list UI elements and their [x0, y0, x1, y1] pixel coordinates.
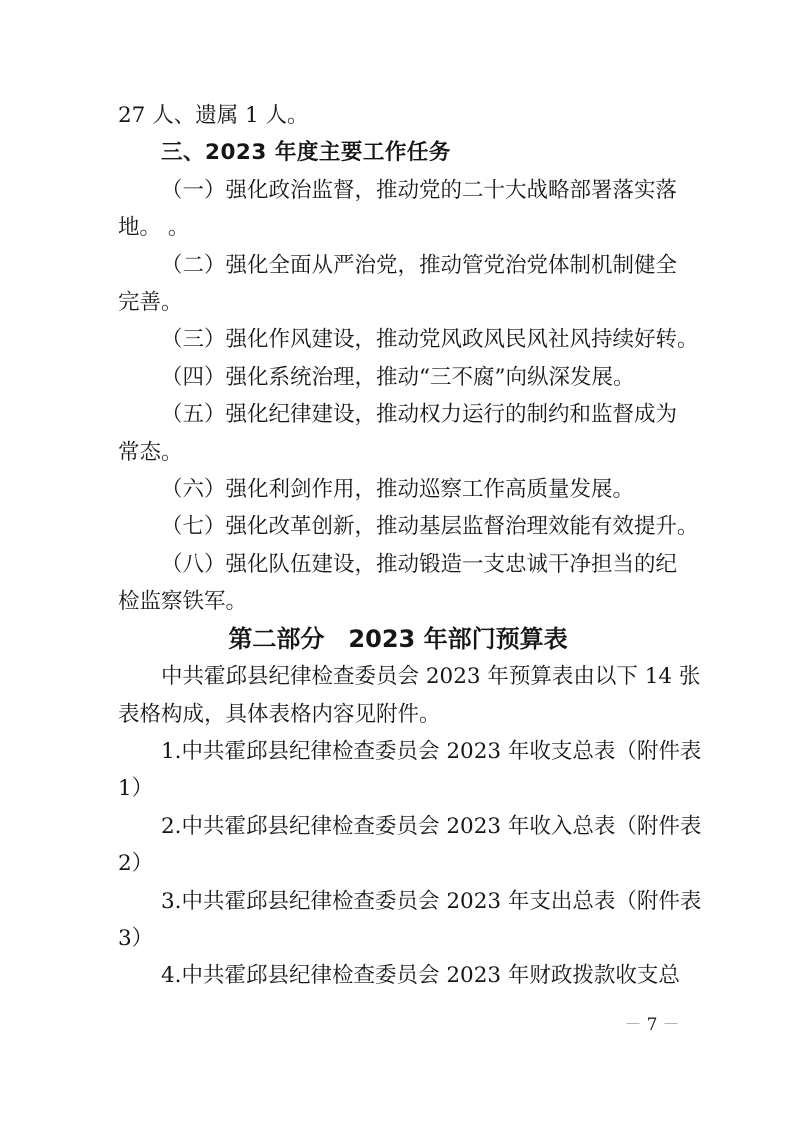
list-item-table-2-line-1: 2.中共霍邱县纪律检查委员会 2023 年收入总表（附件表: [118, 808, 678, 845]
para-task-5-line-2: 常态。: [118, 434, 678, 471]
footer-dash-left: －: [625, 1015, 642, 1035]
list-item-table-2-line-2: 2）: [118, 845, 678, 882]
para-task-1-line-2: 地。 。: [118, 209, 678, 246]
para-budget-intro-line-2: 表格构成，具体表格内容见附件。: [118, 696, 678, 733]
footer-dash-right: －: [662, 1015, 679, 1035]
list-item-table-1-line-2: 1）: [118, 770, 678, 807]
para-task-6: （六）强化利剑作用，推动巡察工作高质量发展。: [118, 471, 678, 508]
para-task-8-line-2: 检监察铁军。: [118, 583, 678, 620]
document-body: 27 人、遗属 1 人。 三、2023 年度主要工作任务 （一）强化政治监督，推…: [118, 97, 678, 995]
para-task-2-line-2: 完善。: [118, 284, 678, 321]
para-task-8-line-1: （八）强化队伍建设，推动锻造一支忠诚干净担当的纪: [118, 546, 678, 583]
document-page: 27 人、遗属 1 人。 三、2023 年度主要工作任务 （一）强化政治监督，推…: [0, 0, 793, 1122]
list-item-table-4-line-1: 4.中共霍邱县纪律检查委员会 2023 年财政拨款收支总: [118, 957, 678, 994]
list-item-table-1-line-1: 1.中共霍邱县纪律检查委员会 2023 年收支总表（附件表: [118, 733, 678, 770]
page-number: 7: [647, 1015, 658, 1035]
heading-2023-main-tasks: 三、2023 年度主要工作任务: [118, 134, 678, 171]
part-2-title: 第二部分 2023 年部门预算表: [118, 621, 678, 658]
para-task-5-line-1: （五）强化纪律建设，推动权力运行的制约和监督成为: [118, 396, 678, 433]
list-item-table-3-line-2: 3）: [118, 920, 678, 957]
para-task-1-line-1: （一）强化政治监督，推动党的二十大战略部署落实落: [118, 172, 678, 209]
list-item-table-3-line-1: 3.中共霍邱县纪律检查委员会 2023 年支出总表（附件表: [118, 883, 678, 920]
para-budget-intro-line-1: 中共霍邱县纪律检查委员会 2023 年预算表由以下 14 张: [118, 658, 678, 695]
page-footer: －7－: [597, 1014, 707, 1036]
para-task-2-line-1: （二）强化全面从严治党，推动管党治党体制机制健全: [118, 247, 678, 284]
para-task-7: （七）强化改革创新，推动基层监督治理效能有效提升。: [118, 508, 678, 545]
para-task-4: （四）强化系统治理，推动“三不腐”向纵深发展。: [118, 359, 678, 396]
para-personnel-continuation: 27 人、遗属 1 人。: [118, 97, 678, 134]
para-task-3: （三）强化作风建设，推动党风政风民风社风持续好转。: [118, 321, 678, 358]
